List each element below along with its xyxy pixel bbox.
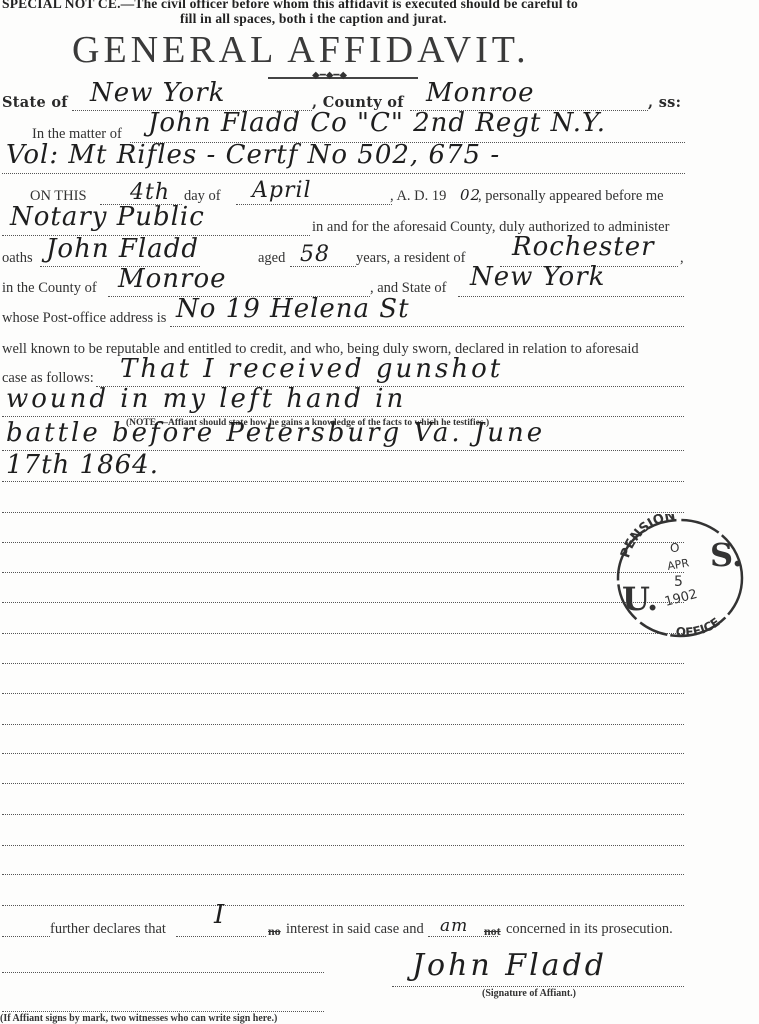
blank-line [2,845,684,846]
postoffice-label: whose Post-office address is [2,310,166,327]
month-field-value[interactable]: April [252,178,312,203]
document-title: GENERAL AFFIDAVIT. [72,28,530,72]
statement-value-3[interactable]: battle before Petersburg Va. June [6,418,545,448]
statement-line-2 [2,416,684,417]
blank-line [2,693,684,694]
affiant-field-value[interactable]: John Fladd [46,234,199,264]
month-field-line [236,204,392,205]
ss-label: , ss: [648,94,681,111]
stamp-month: APR [666,556,690,573]
svg-text:OFFICE: OFFICE [675,615,722,640]
blank-line [2,602,684,603]
comma: , [680,250,684,267]
blank-line [2,753,684,754]
stamp-top-text: PENSION [618,514,677,560]
signature-caption: (Signature of Affiant.) [482,988,576,999]
postoffice-field-line [170,326,684,327]
blank-line [2,724,684,725]
blank-line [2,905,684,906]
pronoun-field-line [176,936,266,937]
blank-line [2,542,684,543]
state-label: State of [2,94,68,111]
further-declares-label: further declares that [50,921,166,938]
interest-text: interest in said case and [286,921,424,938]
blank-line [2,783,684,784]
special-notice-line-2: fill in all spaces, both i the caption a… [180,11,447,27]
stamp-circle-icon: PENSION OFFICE U. S. O APR 5 1902 [612,514,750,642]
stamp-day: 5 [674,574,683,590]
matter-field-value-1[interactable]: John Fladd Co "C" 2nd Regt N.Y. [148,108,606,138]
witness-line-1[interactable] [2,972,324,973]
body-state-field-line [458,296,684,297]
signature-line [392,986,684,987]
matter-field-value-2[interactable]: Vol: Mt Rifles - Certf No 502, 675 - [6,140,500,170]
am-field-value[interactable]: am [440,916,468,936]
state-field-value[interactable]: New York [90,78,225,108]
blank-line [2,663,684,664]
stamp-year: 1902 [663,587,699,610]
appeared-label: , personally appeared before me [478,188,664,205]
city-field-value[interactable]: Rochester [512,232,655,262]
blank-line [2,572,684,573]
body-county-label: in the County of [2,280,97,297]
ad-label: , A. D. 19 [390,188,446,205]
concerned-text: concerned in its prosecution. [506,921,673,938]
witness-line-2[interactable] [2,1011,324,1012]
body-state-field-value[interactable]: New York [470,262,605,292]
stamp-left-letter: U. [622,580,658,618]
matter-field-line-2 [2,173,685,174]
statement-value-2[interactable]: wound in my left hand in [6,384,406,414]
officer-field-value[interactable]: Notary Public [10,202,205,232]
stamp-bottom-text: OFFICE [675,615,722,640]
statement-value-1[interactable]: That I received gunshot [120,354,503,384]
resident-label: years, a resident of [356,250,466,267]
county-field-value[interactable]: Monroe [426,78,535,108]
body-county-field-value[interactable]: Monroe [118,264,227,294]
title-ornament-icon: ◆━◆━◆ [312,70,347,81]
postoffice-field-value[interactable]: No 19 Helena St [176,294,410,324]
struck-no: no [268,924,281,939]
pension-office-stamp: PENSION OFFICE U. S. O APR 5 1902 [612,514,750,642]
stamp-right-letter: S. [710,536,743,574]
svg-text:PENSION: PENSION [618,514,677,560]
blank-line [2,874,684,875]
struck-not: not [484,924,501,939]
pronoun-field-value[interactable]: I [214,900,225,930]
statement-line-4 [2,481,684,482]
signature-value[interactable]: John Fladd [412,948,607,983]
blank-line [2,814,684,815]
witness-note: (If Affiant signs by mark, two witnesses… [0,1013,277,1024]
stamp-mark: O [670,541,679,555]
declarant-field-line [2,936,50,937]
aged-label: aged [258,250,285,267]
blank-line [2,633,684,634]
statement-value-4[interactable]: 17th 1864. [6,450,159,480]
blank-line [2,512,684,513]
age-field-value[interactable]: 58 [300,242,330,267]
oaths-label: oaths [2,250,33,267]
